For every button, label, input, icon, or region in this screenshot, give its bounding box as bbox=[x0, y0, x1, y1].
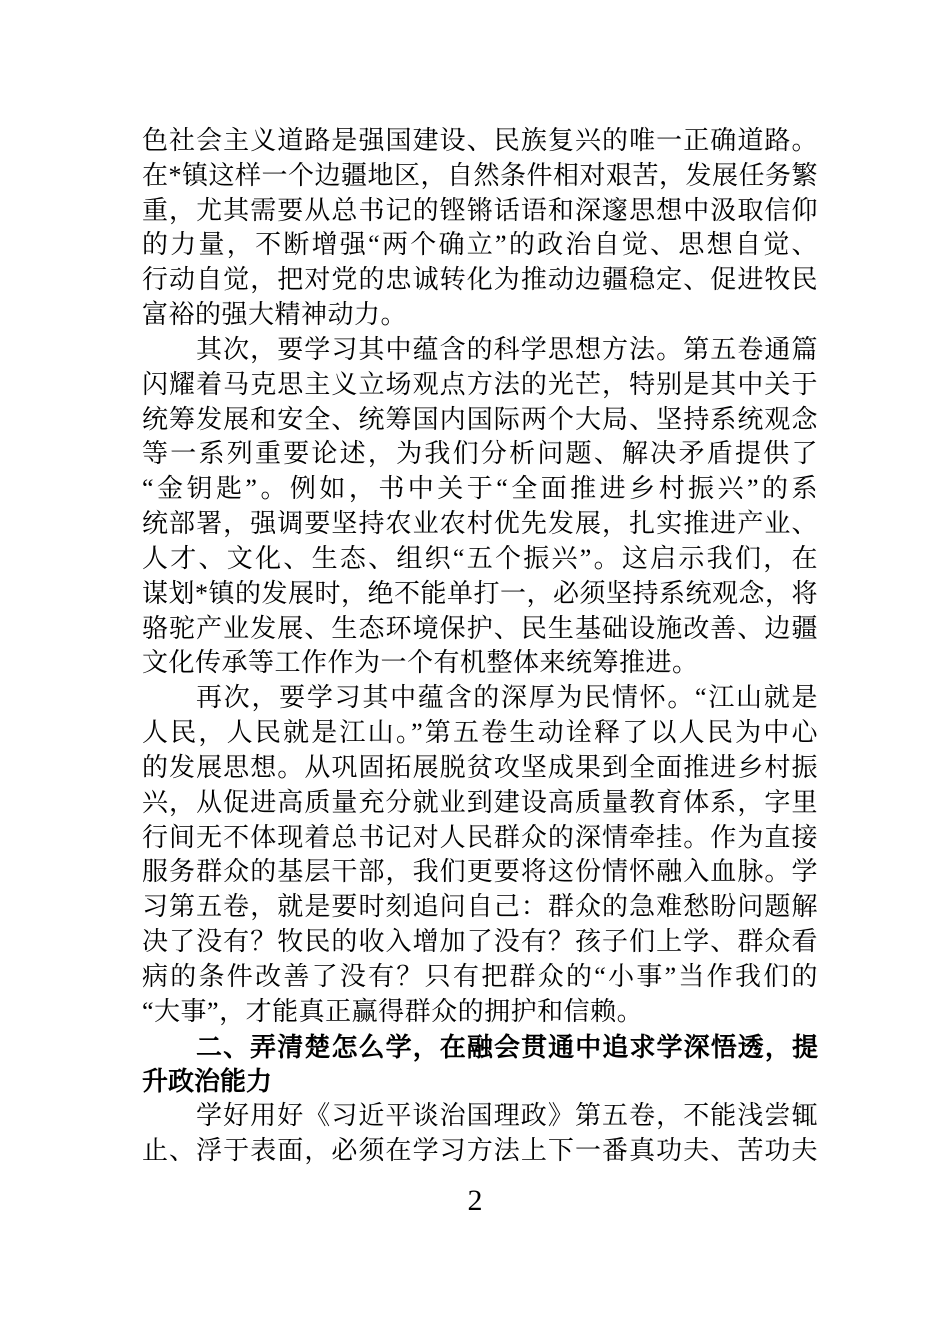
text-line: 重，尤其需要从总书记的铿锵话语和深邃思想中汲取信仰 bbox=[142, 194, 818, 229]
text-line: 升政治能力 bbox=[142, 1064, 818, 1099]
text-line: 决了没有？牧民的收入增加了没有？孩子们上学、群众看 bbox=[142, 925, 818, 960]
page-footer: 2 bbox=[0, 1186, 950, 1216]
text-line: 兴，从促进高质量充分就业到建设高质量教育体系，字里 bbox=[142, 786, 818, 821]
text-line: 行间无不体现着总书记对人民群众的深情牵挂。作为直接 bbox=[142, 821, 818, 856]
text-line: 富裕的强大精神动力。 bbox=[142, 298, 818, 333]
text-line: 行动自觉，把对党的忠诚转化为推动边疆稳定、促进牧民 bbox=[142, 263, 818, 298]
section-heading: 二、弄清楚怎么学，在融会贯通中追求学深悟透，提升政治能力 bbox=[142, 1030, 818, 1100]
body-paragraph: 其次，要学习其中蕴含的科学思想方法。第五卷通篇闪耀着马克思主义立场观点方法的光芒… bbox=[142, 333, 818, 681]
text-line: 学好用好《习近平谈治国理政》第五卷，不能浅尝辄 bbox=[142, 1099, 818, 1134]
text-line: 在*镇这样一个边疆地区，自然条件相对艰苦，发展任务繁 bbox=[142, 159, 818, 194]
text-line: 统部署，强调要坚持农业农村优先发展，扎实推进产业、 bbox=[142, 507, 818, 542]
document-content: 色社会主义道路是强国建设、民族复兴的唯一正确道路。在*镇这样一个边疆地区，自然条… bbox=[142, 124, 818, 1169]
text-line: 习第五卷，就是要时刻追问自己：群众的急难愁盼问题解 bbox=[142, 890, 818, 925]
text-line: 人才、文化、生态、组织“五个振兴”。这启示我们，在 bbox=[142, 542, 818, 577]
body-paragraph: 色社会主义道路是强国建设、民族复兴的唯一正确道路。在*镇这样一个边疆地区，自然条… bbox=[142, 124, 818, 333]
text-line: 骆驼产业发展、生态环境保护、民生基础设施改善、边疆 bbox=[142, 612, 818, 647]
text-line: 的发展思想。从巩固拓展脱贫攻坚成果到全面推进乡村振 bbox=[142, 751, 818, 786]
text-line: 闪耀着马克思主义立场观点方法的光芒，特别是其中关于 bbox=[142, 368, 818, 403]
text-line: 病的条件改善了没有？只有把群众的“小事”当作我们的 bbox=[142, 960, 818, 995]
text-line: 等一系列重要论述，为我们分析问题、解决矛盾提供了 bbox=[142, 437, 818, 472]
text-line: 色社会主义道路是强国建设、民族复兴的唯一正确道路。 bbox=[142, 124, 818, 159]
body-paragraph: 学好用好《习近平谈治国理政》第五卷，不能浅尝辄止、浮于表面，必须在学习方法上下一… bbox=[142, 1099, 818, 1169]
text-line: 文化传承等工作作为一个有机整体来统筹推进。 bbox=[142, 646, 818, 681]
body-paragraph: 再次，要学习其中蕴含的深厚为民情怀。“江山就是人民，人民就是江山。”第五卷生动诠… bbox=[142, 681, 818, 1029]
text-line: 止、浮于表面，必须在学习方法上下一番真功夫、苦功夫 bbox=[142, 1134, 818, 1169]
text-line: 的力量，不断增强“两个确立”的政治自觉、思想自觉、 bbox=[142, 228, 818, 263]
text-line: 其次，要学习其中蕴含的科学思想方法。第五卷通篇 bbox=[142, 333, 818, 368]
page-number: 2 bbox=[468, 1184, 483, 1217]
text-line: 统筹发展和安全、统筹国内国际两个大局、坚持系统观念 bbox=[142, 403, 818, 438]
text-line: 再次，要学习其中蕴含的深厚为民情怀。“江山就是 bbox=[142, 681, 818, 716]
document-page: 色社会主义道路是强国建设、民族复兴的唯一正确道路。在*镇这样一个边疆地区，自然条… bbox=[0, 0, 950, 1344]
text-line: “金钥匙”。例如，书中关于“全面推进乡村振兴”的系 bbox=[142, 472, 818, 507]
text-line: 谋划*镇的发展时，绝不能单打一，必须坚持系统观念，将 bbox=[142, 577, 818, 612]
text-line: 二、弄清楚怎么学，在融会贯通中追求学深悟透，提 bbox=[142, 1030, 818, 1065]
text-line: “大事”，才能真正赢得群众的拥护和信赖。 bbox=[142, 995, 818, 1030]
text-line: 人民，人民就是江山。”第五卷生动诠释了以人民为中心 bbox=[142, 716, 818, 751]
text-line: 服务群众的基层干部，我们更要将这份情怀融入血脉。学 bbox=[142, 855, 818, 890]
